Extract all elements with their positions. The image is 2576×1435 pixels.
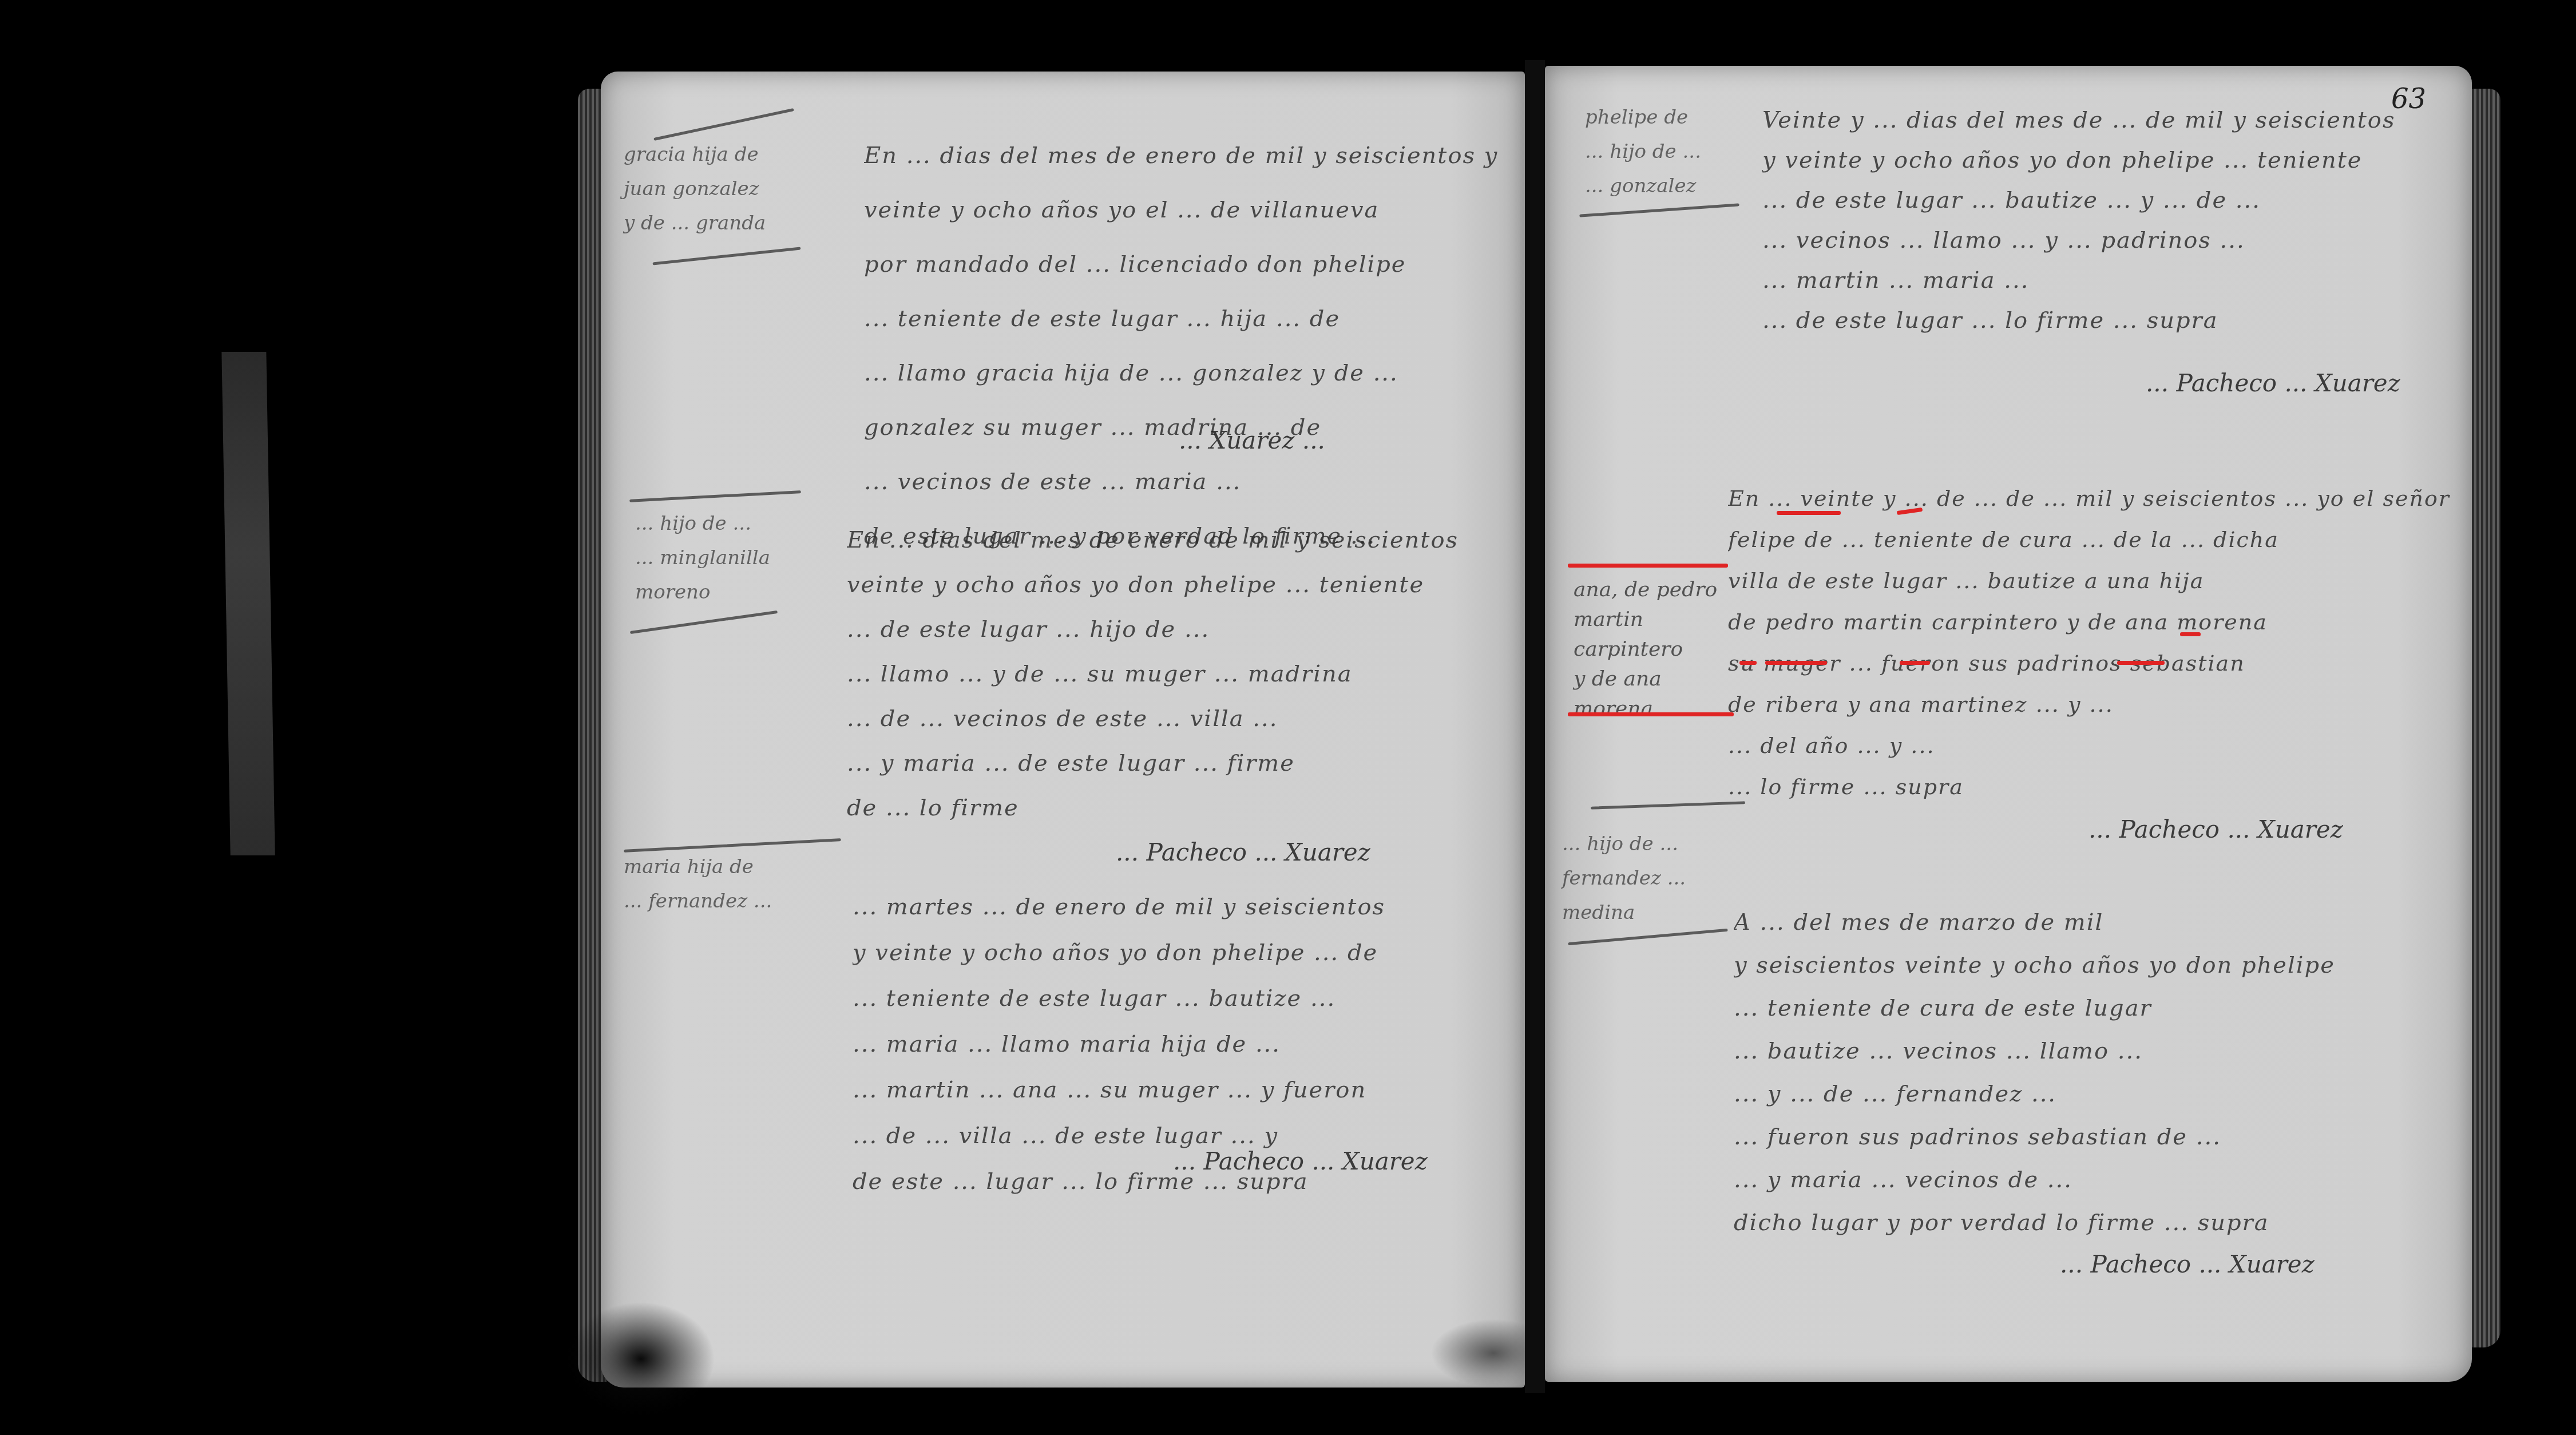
margin-note: maria hija de ... fernandez ... <box>624 850 864 918</box>
film-edge-strip <box>221 352 275 855</box>
red-underline-morena <box>2117 661 2165 665</box>
margin-note-line: carpintero <box>1574 635 1745 664</box>
entry-line: ... y maria ... de este lugar ... firme <box>847 741 1493 786</box>
margin-note-line: martin <box>1574 605 1745 635</box>
red-underline-ana <box>2180 632 2201 636</box>
entry-line: de pedro martin carpintero y de ana more… <box>1728 601 2455 643</box>
margin-note-line: fernandez ... <box>1562 861 1751 895</box>
margin-note-line: ... gonzalez <box>1585 169 1757 203</box>
entry-line: ... de este lugar ... hijo de ... <box>847 607 1493 652</box>
entry-line: ... teniente de este lugar ... bautize .… <box>853 976 1493 1021</box>
baptism-entry-highlighted: En ... veinte y ... de ... de ... mil y … <box>1728 478 2455 807</box>
priest-signature: ... Pacheco ... Xuarez <box>1116 838 1370 866</box>
right-page-edges <box>2472 89 2500 1347</box>
entry-line: ... de ... vecinos de este ... villa ... <box>847 696 1493 741</box>
margin-note: ... hijo de ... fernandez ... medina <box>1562 827 1751 930</box>
red-underline-pedro <box>1739 661 1757 665</box>
margin-rule <box>1579 203 1739 217</box>
baptism-entry: En ... dias del mes de enero de mil y se… <box>864 129 1499 564</box>
entry-line: En ... dias del mes de enero de mil y se… <box>847 518 1493 562</box>
right-page: 63 phelipe de ... hijo de ... ... gonzal… <box>1545 66 2472 1382</box>
entry-line: su muger ... fueron sus padrinos sebasti… <box>1728 643 2455 684</box>
baptism-entry: A ... del mes de marzo de mil y seiscien… <box>1734 901 2449 1244</box>
margin-note-line: gracia hija de <box>624 137 875 172</box>
red-underline-carpintero <box>1900 661 1930 665</box>
entry-line: ... llamo gracia hija de ... gonzalez y … <box>864 346 1499 401</box>
entry-line: felipe de ... teniente de cura ... de la… <box>1728 519 2455 560</box>
margin-note-line: juan gonzalez <box>624 172 875 206</box>
entry-line: ... maria ... llamo maria hija de ... <box>853 1021 1493 1067</box>
entry-line: y veinte y ocho años yo don phelipe ... … <box>853 930 1493 976</box>
red-underline <box>1777 511 1841 515</box>
margin-note-ana: ana, de pedro martin carpintero y de ana… <box>1574 575 1745 724</box>
margin-rule <box>630 611 778 634</box>
entry-line: En ... dias del mes de enero de mil y se… <box>864 129 1499 183</box>
entry-line: ... martin ... maria ... <box>1762 260 2449 300</box>
priest-signature: ... Pacheco ... Xuarez <box>2088 815 2343 843</box>
margin-rule <box>1568 929 1727 945</box>
margin-note: ... hijo de ... ... minglanilla moreno <box>635 506 875 609</box>
margin-note-line: ... hijo de ... <box>1562 827 1751 861</box>
entry-line: y veinte y ocho años yo don phelipe ... … <box>1762 140 2449 180</box>
entry-line: villa de este lugar ... bautize a una hi… <box>1728 560 2455 601</box>
baptism-entry: En ... dias del mes de enero de mil y se… <box>847 518 1493 830</box>
margin-rule <box>1591 801 1745 809</box>
margin-rule <box>653 108 794 141</box>
entry-line: ... martin ... ana ... su muger ... y fu… <box>853 1067 1493 1113</box>
red-annotation-line <box>1568 564 1728 568</box>
baptism-entry: Veinte y ... dias del mes de ... de mil … <box>1762 100 2449 340</box>
entry-line: ... del año ... y ... <box>1728 725 2455 766</box>
entry-line: veinte y ocho años yo don phelipe ... te… <box>847 562 1493 607</box>
priest-signature: ... Pacheco ... Xuarez <box>2060 1250 2315 1278</box>
entry-line: ... teniente de cura de este lugar <box>1734 987 2449 1030</box>
entry-line: veinte y ocho años yo el ... de villanue… <box>864 183 1499 237</box>
entry-line: de ribera y ana martinez ... y ... <box>1728 684 2455 725</box>
entry-line: ... lo firme ... supra <box>1728 766 2455 807</box>
entry-line: por mandado del ... licenciado don pheli… <box>864 237 1499 292</box>
entry-line: ... bautize ... vecinos ... llamo ... <box>1734 1030 2449 1073</box>
margin-note: phelipe de ... hijo de ... ... gonzalez <box>1585 100 1757 203</box>
margin-note-line: ... fernandez ... <box>624 884 864 918</box>
red-annotation-line <box>1568 712 1734 716</box>
page-corner-shadow <box>566 1302 715 1416</box>
entry-line: ... de este lugar ... lo firme ... supra <box>1762 300 2449 340</box>
entry-line: dicho lugar y por verdad lo firme ... su… <box>1734 1202 2449 1244</box>
priest-signature: ... Pacheco ... Xuarez <box>1173 1147 1428 1175</box>
entry-line: de ... lo firme <box>847 786 1493 830</box>
priest-signature: ... Xuarez ... <box>1179 426 1325 454</box>
entry-line: ... llamo ... y de ... su muger ... madr… <box>847 652 1493 696</box>
entry-line: ... teniente de este lugar ... hija ... … <box>864 292 1499 346</box>
red-underline-martin <box>1765 661 1827 665</box>
entry-line: ... vecinos de este ... maria ... <box>864 455 1499 509</box>
margin-note: gracia hija de juan gonzalez y de ... gr… <box>624 137 875 240</box>
entry-line: ... fueron sus padrinos sebastian de ... <box>1734 1116 2449 1159</box>
left-page: gracia hija de juan gonzalez y de ... gr… <box>601 72 1525 1388</box>
margin-note-line: y de ... granda <box>624 206 875 240</box>
margin-note-line: moreno <box>635 575 875 609</box>
entry-line: ... y ... de ... fernandez ... <box>1734 1073 2449 1116</box>
entry-line: A ... del mes de marzo de mil <box>1734 901 2449 944</box>
entry-line: Veinte y ... dias del mes de ... de mil … <box>1762 100 2449 140</box>
entry-line: y seiscientos veinte y ocho años yo don … <box>1734 944 2449 987</box>
margin-note-line: ana, de pedro <box>1574 575 1745 605</box>
book-gutter <box>1525 60 1545 1393</box>
entry-line: ... martes ... de enero de mil y seiscie… <box>853 884 1493 930</box>
priest-signature: ... Pacheco ... Xuarez <box>2146 369 2400 397</box>
margin-note-line: phelipe de <box>1585 100 1757 134</box>
entry-line: ... de este lugar ... bautize ... y ... … <box>1762 180 2449 220</box>
entry-line: ... vecinos ... llamo ... y ... padrinos… <box>1762 220 2449 260</box>
margin-note-line: ... hijo de ... <box>1585 134 1757 169</box>
margin-note-line: medina <box>1562 895 1751 930</box>
margin-rule <box>629 490 801 502</box>
manuscript-spread: gracia hija de juan gonzalez y de ... gr… <box>566 54 2500 1416</box>
margin-note-line: ... hijo de ... <box>635 506 875 541</box>
margin-rule <box>652 247 800 265</box>
margin-note-line: maria hija de <box>624 850 864 884</box>
margin-note-line: ... minglanilla <box>635 541 875 575</box>
entry-line: ... y maria ... vecinos de ... <box>1734 1159 2449 1202</box>
